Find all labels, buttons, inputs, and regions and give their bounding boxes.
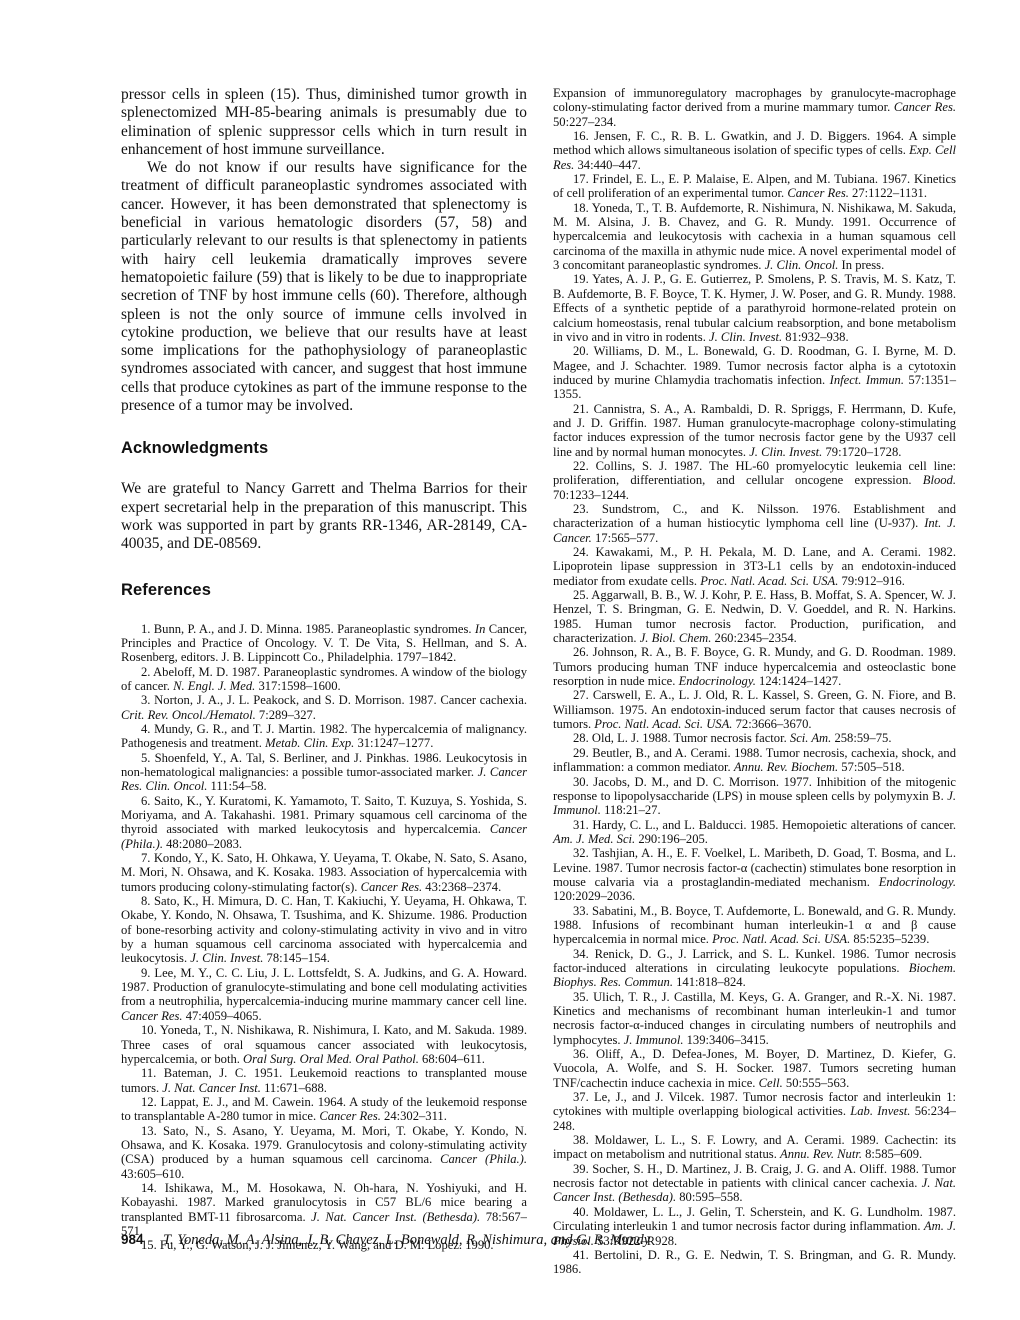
reference-item: 14. Ishikawa, M., M. Hosokawa, N. Oh-har…	[121, 1181, 527, 1238]
journal-name: Proc. Natl. Acad. Sci. USA.	[700, 574, 838, 588]
reference-item: 11. Bateman, J. C. 1951. Leukemoid react…	[121, 1066, 527, 1095]
journal-name: J. Nat. Cancer Inst. (Bethesda).	[553, 1176, 956, 1204]
reference-item: 27. Carswell, E. A., L. J. Old, R. L. Ka…	[553, 688, 956, 731]
journal-name: Cancer Res.	[361, 880, 423, 894]
reference-list-right: Expansion of immunoregulatory macrophage…	[553, 86, 956, 1277]
journal-name: Blood.	[923, 473, 956, 487]
journal-name: Am. J. Med. Sci.	[553, 832, 635, 846]
reference-item: 7. Kondo, Y., K. Sato, H. Ohkawa, Y. Uey…	[121, 851, 527, 894]
reference-item: 32. Tashjian, A. H., E. F. Voelkel, L. M…	[553, 846, 956, 903]
reference-item: Expansion of immunoregulatory macrophage…	[553, 86, 956, 129]
reference-item: 3. Norton, J. A., J. L. Peakock, and S. …	[121, 693, 527, 722]
journal-name: J. Clin. Invest.	[709, 330, 782, 344]
reference-item: 8. Sato, K., H. Mimura, D. C. Han, T. Ka…	[121, 894, 527, 966]
running-authors: T. Yoneda, M. A. Alsina, J. B. Chavez, L…	[163, 1232, 650, 1248]
page-footer: 984T. Yoneda, M. A. Alsina, J. B. Chavez…	[121, 1231, 650, 1249]
reference-item: 1. Bunn, P. A., and J. D. Minna. 1985. P…	[121, 622, 527, 665]
journal-name: J. Clin. Invest.	[749, 445, 822, 459]
journal-page: pressor cells in spleen (15). Thus, dimi…	[0, 0, 1020, 1320]
journal-name: J. Clin. Invest.	[190, 951, 263, 965]
journal-name: Endocrinology.	[679, 674, 756, 688]
journal-name: Cancer Res.	[319, 1109, 381, 1123]
journal-name: Infect. Immun.	[830, 373, 904, 387]
reference-item: 26. Johnson, R. A., B. F. Boyce, G. R. M…	[553, 645, 956, 688]
page-number: 984	[121, 1232, 163, 1247]
journal-name: Annu. Rev. Biochem.	[734, 760, 838, 774]
journal-name: Sci. Am.	[790, 731, 831, 745]
reference-list-left: 1. Bunn, P. A., and J. D. Minna. 1985. P…	[121, 622, 527, 1253]
journal-name: Cancer Res.	[121, 1009, 183, 1023]
reference-item: 39. Socher, S. H., D. Martinez, J. B. Cr…	[553, 1162, 956, 1205]
reference-item: 23. Sundstrom, C., and K. Nilsson. 1976.…	[553, 502, 956, 545]
reference-item: 18. Yoneda, T., T. B. Aufdemorte, R. Nis…	[553, 201, 956, 273]
reference-item: 10. Yoneda, T., N. Nishikawa, R. Nishimu…	[121, 1023, 527, 1066]
reference-item: 19. Yates, A. J. P., G. E. Gutierrez, P.…	[553, 272, 956, 344]
reference-item: 24. Kawakami, M., P. H. Pekala, M. D. La…	[553, 545, 956, 588]
journal-name: Cancer (Phila.).	[440, 1152, 527, 1166]
right-column: Expansion of immunoregulatory macrophage…	[553, 86, 956, 1277]
journal-name: In	[475, 622, 486, 636]
journal-name: Annu. Rev. Nutr.	[780, 1147, 862, 1161]
journal-name: N. Engl. J. Med.	[173, 679, 255, 693]
journal-name: J. Nat. Cancer Inst.	[162, 1081, 261, 1095]
reference-item: 34. Renick, D. G., J. Larrick, and S. L.…	[553, 947, 956, 990]
journal-name: Cancer Res.	[894, 100, 956, 114]
acknowledgments-text: We are grateful to Nancy Garrett and The…	[121, 480, 527, 553]
journal-name: Crit. Rev. Oncol./Hematol.	[121, 708, 256, 722]
journal-name: Biochem. Biophys. Res. Commun.	[553, 961, 956, 989]
reference-item: 2. Abeloff, M. D. 1987. Paraneoplastic s…	[121, 665, 527, 694]
journal-name: J. Immunol.	[624, 1033, 684, 1047]
journal-name: J. Nat. Cancer Inst. (Bethesda).	[311, 1210, 480, 1224]
reference-item: 16. Jensen, F. C., R. B. L. Gwatkin, and…	[553, 129, 956, 172]
reference-item: 5. Shoenfeld, Y., A. Tal, S. Berliner, a…	[121, 751, 527, 794]
journal-name: Int. J. Cancer.	[553, 516, 956, 544]
reference-item: 33. Sabatini, M., B. Boyce, T. Aufdemort…	[553, 904, 956, 947]
acknowledgments-heading: Acknowledgments	[121, 439, 527, 458]
reference-item: 25. Aggarwall, B. B., W. J. Kohr, P. E. …	[553, 588, 956, 645]
journal-name: Proc. Natl. Acad. Sci. USA.	[712, 932, 850, 946]
journal-name: Cell.	[759, 1076, 783, 1090]
reference-item: 4. Mundy, G. R., and T. J. Martin. 1982.…	[121, 722, 527, 751]
reference-item: 22. Collins, S. J. 1987. The HL-60 promy…	[553, 459, 956, 502]
journal-name: Cancer Res.	[787, 186, 849, 200]
journal-name: Proc. Natl. Acad. Sci. USA.	[594, 717, 732, 731]
reference-item: 12. Lappat, E. J., and M. Cawein. 1964. …	[121, 1095, 527, 1124]
journal-name: J. Immunol.	[553, 789, 956, 817]
journal-name: J. Cancer Res. Clin. Oncol.	[121, 765, 527, 793]
body-paragraph: pressor cells in spleen (15). Thus, dimi…	[121, 86, 527, 159]
journal-name: Lab. Invest.	[850, 1104, 910, 1118]
reference-item: 6. Saito, K., Y. Kuratomi, K. Yamamoto, …	[121, 794, 527, 851]
reference-item: 36. Oliff, A., D. Defea-Jones, M. Boyer,…	[553, 1047, 956, 1090]
journal-name: J. Clin. Oncol.	[765, 258, 839, 272]
journal-name: Endocrinology.	[879, 875, 956, 889]
reference-item: 13. Sato, N., S. Asano, Y. Ueyama, M. Mo…	[121, 1124, 527, 1181]
reference-item: 30. Jacobs, D. M., and D. C. Morrison. 1…	[553, 775, 956, 818]
journal-name: J. Biol. Chem.	[640, 631, 712, 645]
body-paragraph: We do not know if our results have signi…	[121, 159, 527, 415]
reference-item: 31. Hardy, C. L., and L. Balducci. 1985.…	[553, 818, 956, 847]
reference-item: 29. Beutler, B., and A. Cerami. 1988. Tu…	[553, 746, 956, 775]
references-heading: References	[121, 581, 527, 600]
journal-name: Exp. Cell Res.	[553, 143, 956, 171]
reference-item: 20. Williams, D. M., L. Bonewald, G. D. …	[553, 344, 956, 401]
reference-item: 37. Le, J., and J. Vilcek. 1987. Tumor n…	[553, 1090, 956, 1133]
left-column: pressor cells in spleen (15). Thus, dimi…	[121, 86, 527, 1253]
reference-item: 17. Frindel, E. L., E. P. Malaise, E. Al…	[553, 172, 956, 201]
reference-item: 28. Old, L. J. 1988. Tumor necrosis fact…	[553, 731, 956, 745]
reference-item: 35. Ulich, T. R., J. Castilla, M. Keys, …	[553, 990, 956, 1047]
reference-item: 41. Bertolini, D. R., G. E. Nedwin, T. S…	[553, 1248, 956, 1277]
journal-name: Oral Surg. Oral Med. Oral Pathol.	[243, 1052, 419, 1066]
reference-item: 21. Cannistra, S. A., A. Rambaldi, D. R.…	[553, 402, 956, 459]
journal-name: Metab. Clin. Exp.	[265, 736, 354, 750]
reference-item: 38. Moldawer, L. L., S. F. Lowry, and A.…	[553, 1133, 956, 1162]
reference-item: 9. Lee, M. Y., C. C. Liu, J. L. Lottsfel…	[121, 966, 527, 1023]
journal-name: Cancer (Phila.).	[121, 822, 527, 850]
